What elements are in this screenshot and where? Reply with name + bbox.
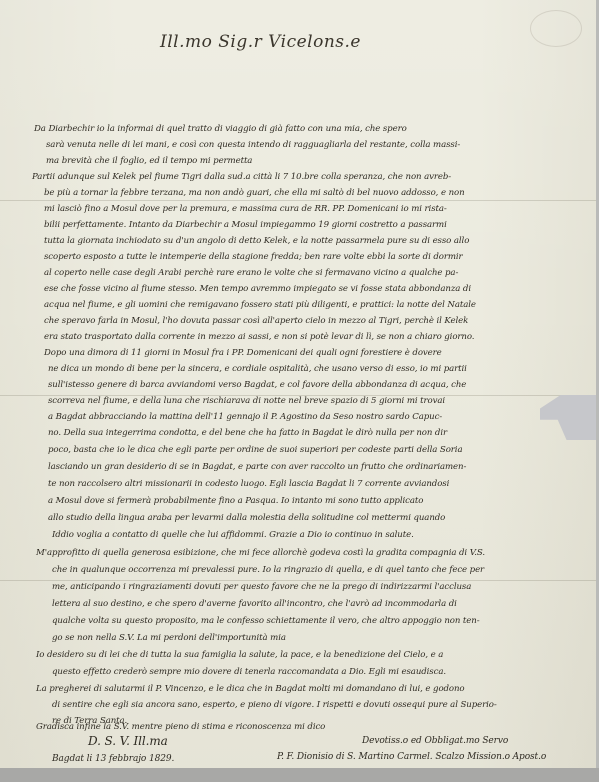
faint-stamp-mark — [530, 10, 582, 47]
letter-line: be più a tornar la febbre terzana, ma no… — [44, 188, 465, 198]
letter-line: sull'istesso genere di barca avviandomi … — [48, 380, 466, 390]
letter-line: te non raccolsero altri missionarii in c… — [48, 479, 449, 489]
letter-line: La pregherei di salutarmi il P. Vincenzo… — [36, 684, 465, 694]
torn-paper-edge — [540, 395, 599, 440]
letter-line: Iddio voglia a contatto di quelle che lu… — [52, 530, 414, 540]
letter-line: poco, basta che io le dica che egli part… — [48, 445, 462, 455]
letter-line: al coperto nelle case degli Arabi perchè… — [44, 268, 458, 278]
letter-line: acqua nel fiume, e gli uomini che remiga… — [44, 300, 476, 310]
closing-abbreviation: D. S. V. Ill.ma — [88, 734, 168, 748]
letter-line: Dopo una dimora di 11 giorni in Mosul fr… — [44, 348, 442, 358]
letter-line: a Bagdat abbracciando la mattina dell'11… — [48, 412, 442, 422]
letter-line: ne dica un mondo di bene per la sincera,… — [48, 364, 467, 374]
letter-line: a Mosul dove si fermerà probabilmente fi… — [48, 496, 423, 506]
letter-line: che speravo farla in Mosul, l'ho dovuta … — [44, 316, 468, 326]
letter-line: Da Diarbechir io la informai di quel tra… — [34, 124, 407, 134]
signature: P. F. Dionisio di S. Martino Carmel. Sca… — [277, 752, 546, 762]
letter-line: mi lasciò fino a Mosul dove per la premu… — [44, 204, 447, 214]
letter-line: questo effetto crederò sempre mio dovere… — [52, 667, 446, 677]
letter-line: ese che fosse vicino al fiume stesso. Me… — [44, 284, 471, 294]
letter-line: lettera al suo destino, e che spero d'av… — [52, 599, 457, 609]
letter-line: scoperto esposto a tutte le intemperie d… — [44, 252, 463, 262]
letter-line: tutta la giornata inchiodato su d'un ang… — [44, 236, 469, 246]
fold-line — [0, 200, 599, 201]
place-date: Bagdat li 13 febbrajo 1829. — [52, 754, 174, 764]
letter-line: bilii perfettamente. Intanto da Diarbech… — [44, 220, 447, 230]
fold-line — [0, 580, 599, 581]
letter-page: Ill.mo Sig.r Vicelons.e Da Diarbechir io… — [0, 0, 599, 768]
letter-line: M'approfitto di quella generosa esibizio… — [36, 548, 485, 558]
scan-background — [0, 768, 599, 782]
salutation: Ill.mo Sig.r Vicelons.e — [160, 32, 361, 52]
letter-line: di sentire che egli sia ancora sano, esp… — [52, 700, 497, 710]
letter-line: lasciando un gran desiderio di se in Bag… — [48, 462, 466, 472]
letter-line: Io desidero su di lei che di tutta la su… — [36, 650, 443, 660]
letter-line: Partii adunque sul Kelek pel fiume Tigri… — [32, 172, 451, 182]
letter-line: ma brevità che il foglio, ed il tempo mi… — [46, 156, 252, 166]
letter-line: scorreva nel fiume, e della luna che ris… — [48, 396, 445, 406]
letter-line: me, anticipando i ringraziamenti dovuti … — [52, 582, 471, 592]
letter-line: Gradisca infine la S.V. mentre pieno di … — [36, 722, 325, 732]
letter-line: che in qualunque occorrenza mi prevaless… — [52, 565, 484, 575]
letter-line: go se non nella S.V. La mi perdoni dell'… — [52, 633, 286, 643]
letter-line: allo studio della lingua araba per levar… — [48, 513, 445, 523]
valediction: Devotiss.o ed Obbligat.mo Servo — [362, 736, 508, 746]
letter-line: sarà venuta nelle di lei mani, e così co… — [46, 140, 460, 150]
letter-line: qualche volta su questo proposito, ma le… — [52, 616, 480, 626]
letter-line: era stato trasportato dalla corrente in … — [44, 332, 474, 342]
letter-line: no. Della sua integerrima condotta, e de… — [48, 428, 447, 438]
